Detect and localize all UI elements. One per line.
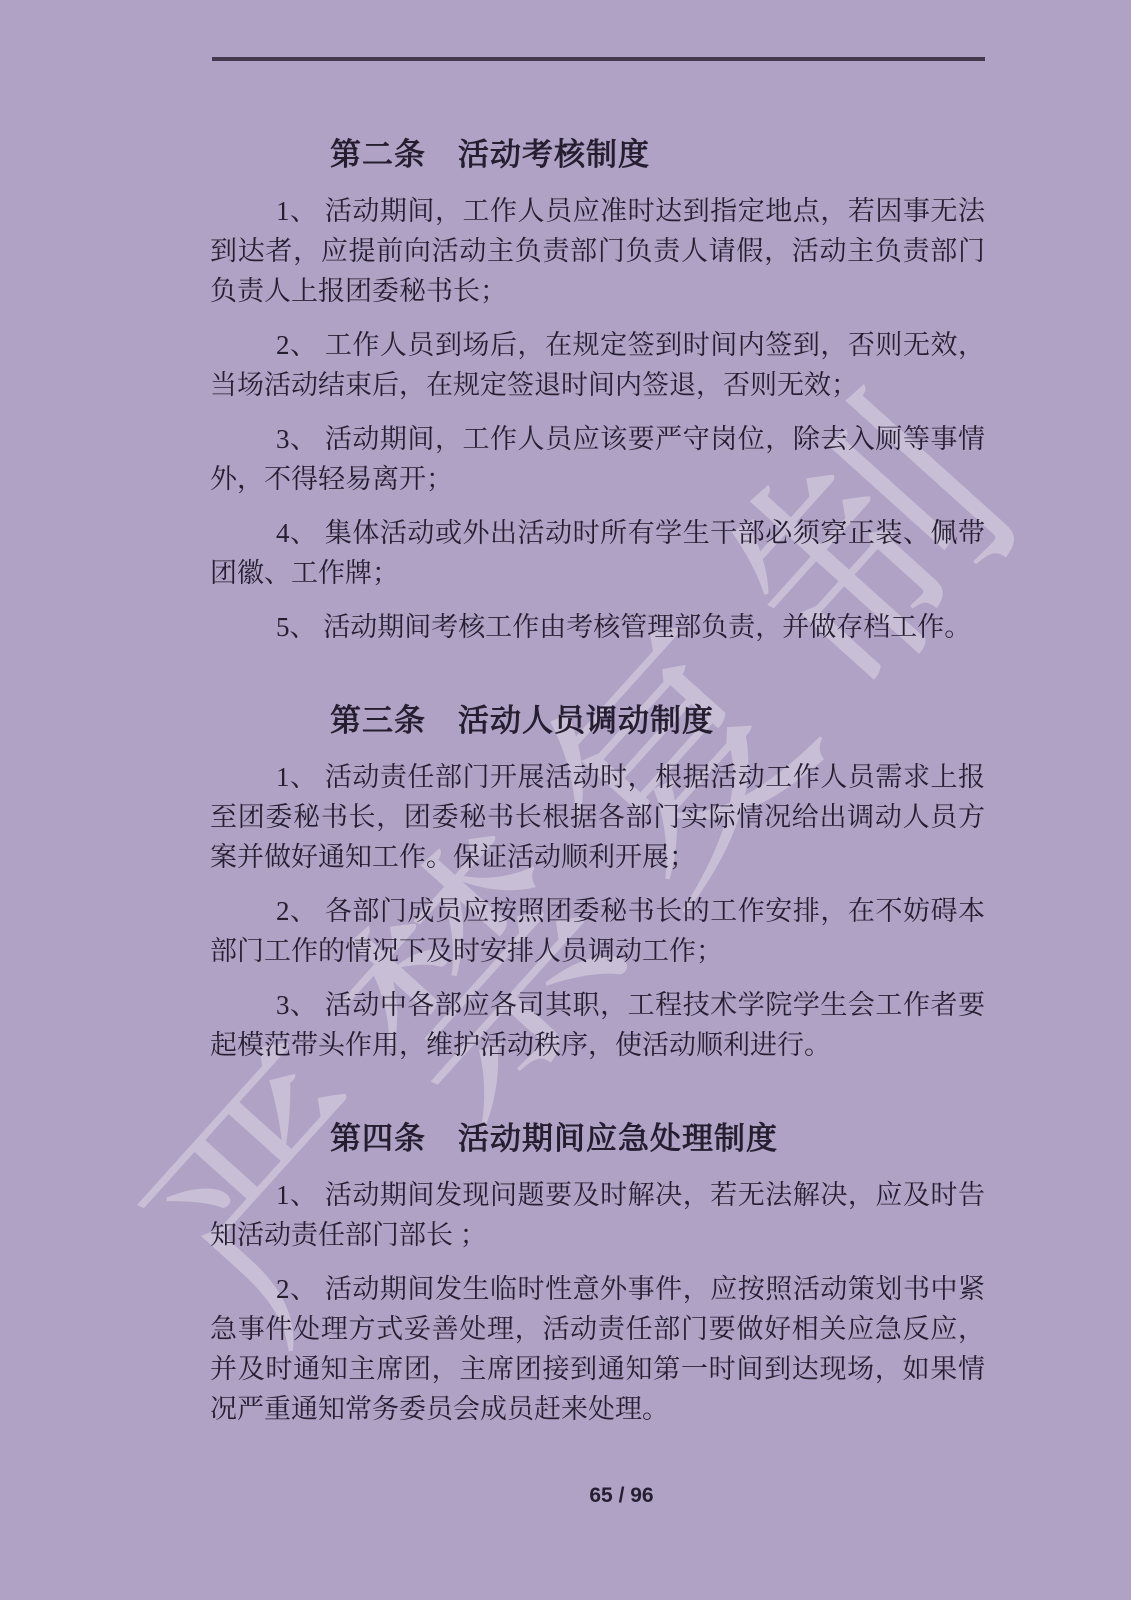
article-2-item-3: 3、 活动期间，工作人员应该要严守岗位，除去入厕等事情外，不得轻易离开； [210, 419, 985, 499]
article-3-heading: 第三条 活动人员调动制度 [330, 699, 985, 743]
article-4-item-2: 2、 活动期间发生临时性意外事件，应按照活动策划书中紧急事件处理方式妥善处理，活… [210, 1269, 985, 1429]
article-3-item-2: 2、 各部门成员应按照团委秘书长的工作安排，在不妨碍本部门工作的情况下及时安排人… [210, 891, 985, 971]
page-number: 65 / 96 [0, 1484, 1131, 1508]
article-3-item-3: 3、 活动中各部应各司其职，工程技术学院学生会工作者要起模范带头作用，维护活动秩… [210, 985, 985, 1065]
section-article-4: 第四条 活动期间应急处理制度 1、 活动期间发现问题要及时解决，若无法解决，应及… [210, 1117, 985, 1429]
article-4-heading: 第四条 活动期间应急处理制度 [330, 1117, 985, 1161]
article-2-item-5: 5、 活动期间考核工作由考核管理部负责，并做存档工作。 [210, 607, 985, 647]
section-article-3: 第三条 活动人员调动制度 1、 活动责任部门开展活动时，根据活动工作人员需求上报… [210, 699, 985, 1065]
section-article-2: 第二条 活动考核制度 1、 活动期间，工作人员应准时达到指定地点，若因事无法到达… [210, 133, 985, 647]
article-2-item-4: 4、 集体活动或外出活动时所有学生干部必须穿正装、佩带团徽、工作牌； [210, 513, 985, 593]
article-2-item-1: 1、 活动期间，工作人员应准时达到指定地点，若因事无法到达者，应提前向活动主负责… [210, 191, 985, 311]
article-2-heading: 第二条 活动考核制度 [330, 133, 985, 177]
document-body: 第二条 活动考核制度 1、 活动期间，工作人员应准时达到指定地点，若因事无法到达… [0, 133, 1131, 1429]
header-rule-divider [212, 57, 985, 61]
article-4-item-1: 1、 活动期间发现问题要及时解决，若无法解决，应及时告知活动责任部门部长 ； [210, 1175, 985, 1255]
article-3-item-1: 1、 活动责任部门开展活动时，根据活动工作人员需求上报至团委秘书长，团委秘书长根… [210, 757, 985, 877]
article-2-item-2: 2、 工作人员到场后，在规定签到时间内签到，否则无效，当场活动结束后，在规定签退… [210, 325, 985, 405]
document-page: 严禁复制 第二条 活动考核制度 1、 活动期间，工作人员应准时达到指定地点，若因… [0, 0, 1131, 1600]
